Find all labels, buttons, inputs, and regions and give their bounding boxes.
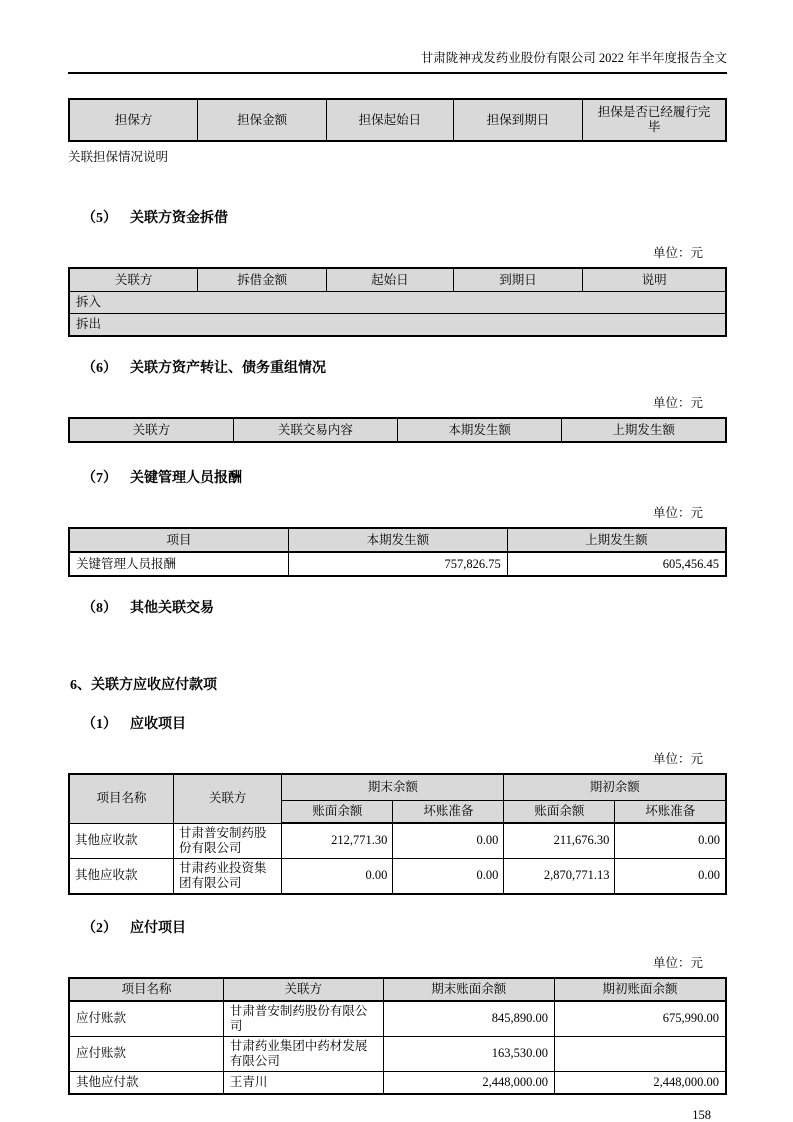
lending-table-header-row: 关联方 拆借金额 起始日 到期日 说明: [69, 268, 726, 292]
receivable-end-bad: 0.00: [393, 858, 504, 894]
compensation-data-row: 关键管理人员报酬 757,826.75 605,456.45: [69, 552, 726, 576]
section-title: 关键管理人员报酬: [130, 471, 242, 486]
payables-header-beginning: 期初账面余额: [555, 978, 727, 1001]
payables-table: 项目名称 关联方 期末账面余额 期初账面余额 应付账款 甘肃普安制药股份有限公司…: [68, 977, 727, 1095]
payable-item: 应付账款: [69, 1036, 223, 1071]
transfer-header-previous: 上期发生额: [562, 418, 726, 442]
payables-header-item: 项目名称: [69, 978, 223, 1001]
unit-label: 单位：元: [68, 395, 727, 411]
section-number: （2）: [82, 921, 117, 936]
section-heading-main-6: 6、关联方应收应付款项: [70, 676, 727, 696]
payable-ending: 845,890.00: [383, 1001, 554, 1037]
receivables-header-item: 项目名称: [69, 774, 173, 823]
receivables-row-2: 其他应收款 甘肃药业投资集团有限公司 0.00 0.00 2,870,771.1…: [69, 858, 726, 894]
receivables-header-beginning-group: 期初余额: [504, 774, 726, 801]
section-heading-7: （7）关键管理人员报酬: [82, 469, 727, 489]
page-number: 158: [68, 1108, 727, 1122]
guarantee-table: 担保方 担保金额 担保起始日 担保到期日 担保是否已经履行完毕: [68, 98, 727, 142]
payable-beginning: 2,448,000.00: [555, 1071, 727, 1094]
guarantee-header-party: 担保方: [69, 99, 198, 141]
guarantee-header-amount: 担保金额: [198, 99, 327, 141]
lending-row-borrow-in: 拆入: [69, 292, 726, 314]
compensation-current-amount: 757,826.75: [288, 552, 507, 576]
transfer-header-content: 关联交易内容: [233, 418, 397, 442]
payables-row-3: 其他应付款 王青川 2,448,000.00 2,448,000.00: [69, 1071, 726, 1094]
payable-ending: 163,530.00: [383, 1036, 554, 1071]
payable-ending: 2,448,000.00: [383, 1071, 554, 1094]
compensation-header-previous: 上期发生额: [507, 528, 726, 552]
receivables-header-beg-bad: 坏账准备: [615, 801, 726, 824]
receivables-header-beg-book: 账面余额: [504, 801, 615, 824]
section-title: 关联方资金拆借: [130, 211, 228, 226]
receivables-header-end-bad: 坏账准备: [393, 801, 504, 824]
transfer-table-header-row: 关联方 关联交易内容 本期发生额 上期发生额: [69, 418, 726, 442]
payables-row-1: 应付账款 甘肃普安制药股份有限公司 845,890.00 675,990.00: [69, 1001, 726, 1037]
section-heading-5: （5）关联方资金拆借: [82, 209, 727, 229]
guarantee-header-end-date: 担保到期日: [453, 99, 582, 141]
section-title: 应付项目: [130, 921, 186, 936]
section-heading-payables: （2）应付项目: [82, 919, 727, 939]
compensation-previous-amount: 605,456.45: [507, 552, 726, 576]
receivables-header-row-groups: 项目名称 关联方 期末余额 期初余额: [69, 774, 726, 801]
asset-transfer-table: 关联方 关联交易内容 本期发生额 上期发生额: [68, 417, 727, 443]
report-header-title: 甘肃陇神戎发药业股份有限公司 2022 年半年度报告全文: [68, 50, 727, 74]
compensation-item: 关键管理人员报酬: [69, 552, 288, 576]
report-page: 甘肃陇神戎发药业股份有限公司 2022 年半年度报告全文 担保方 担保金额 担保…: [68, 50, 727, 1122]
receivable-party: 甘肃普安制药股份有限公司: [173, 823, 281, 858]
payable-beginning: 675,990.00: [555, 1001, 727, 1037]
receivable-beg-book: 2,870,771.13: [504, 858, 615, 894]
payables-header-party: 关联方: [223, 978, 383, 1001]
payables-row-2: 应付账款 甘肃药业集团中药材发展有限公司 163,530.00: [69, 1036, 726, 1071]
payable-party: 王青川: [223, 1071, 383, 1094]
section-number: 6、: [70, 678, 91, 693]
lending-row-lend-out: 拆出: [69, 314, 726, 337]
unit-label: 单位：元: [68, 955, 727, 971]
receivables-row-1: 其他应收款 甘肃普安制药股份有限公司 212,771.30 0.00 211,6…: [69, 823, 726, 858]
receivables-header-ending-group: 期末余额: [282, 774, 504, 801]
receivables-table: 项目名称 关联方 期末余额 期初余额 账面余额 坏账准备 账面余额 坏账准备 其…: [68, 773, 727, 895]
lending-header-note: 说明: [583, 268, 726, 292]
guarantee-note: 关联担保情况说明: [68, 149, 727, 166]
transfer-header-party: 关联方: [69, 418, 233, 442]
unit-label: 单位：元: [68, 245, 727, 261]
receivables-header-party: 关联方: [173, 774, 281, 823]
guarantee-table-header-row: 担保方 担保金额 担保起始日 担保到期日 担保是否已经履行完毕: [69, 99, 726, 141]
compensation-table-header-row: 项目 本期发生额 上期发生额: [69, 528, 726, 552]
lending-row-label: 拆出: [69, 314, 726, 337]
section-heading-6: （6）关联方资产转让、债务重组情况: [82, 359, 727, 379]
section-number: （8）: [82, 601, 117, 616]
receivable-party: 甘肃药业投资集团有限公司: [173, 858, 281, 894]
receivable-item: 其他应收款: [69, 823, 173, 858]
section-title: 其他关联交易: [130, 601, 214, 616]
section-number: （6）: [82, 361, 117, 376]
section-number: （5）: [82, 211, 117, 226]
payables-header-row: 项目名称 关联方 期末账面余额 期初账面余额: [69, 978, 726, 1001]
key-management-compensation-table: 项目 本期发生额 上期发生额 关键管理人员报酬 757,826.75 605,4…: [68, 527, 727, 577]
compensation-header-current: 本期发生额: [288, 528, 507, 552]
receivable-beg-book: 211,676.30: [504, 823, 615, 858]
lending-header-due: 到期日: [453, 268, 582, 292]
unit-label: 单位：元: [68, 505, 727, 521]
fund-lending-table: 关联方 拆借金额 起始日 到期日 说明 拆入 拆出: [68, 267, 727, 337]
payables-header-ending: 期末账面余额: [383, 978, 554, 1001]
lending-header-start: 起始日: [327, 268, 454, 292]
unit-label: 单位：元: [68, 751, 727, 767]
guarantee-header-fulfilled: 担保是否已经履行完毕: [583, 99, 726, 141]
payable-party: 甘肃药业集团中药材发展有限公司: [223, 1036, 383, 1071]
transfer-header-current: 本期发生额: [398, 418, 562, 442]
receivable-end-book: 0.00: [282, 858, 393, 894]
section-number: （1）: [82, 717, 117, 732]
lending-header-party: 关联方: [69, 268, 198, 292]
payable-party: 甘肃普安制药股份有限公司: [223, 1001, 383, 1037]
receivables-header-end-book: 账面余额: [282, 801, 393, 824]
section-number: （7）: [82, 471, 117, 486]
payable-beginning: [555, 1036, 727, 1071]
lending-header-amount: 拆借金额: [198, 268, 327, 292]
receivable-beg-bad: 0.00: [615, 823, 726, 858]
receivable-end-bad: 0.00: [393, 823, 504, 858]
receivable-item: 其他应收款: [69, 858, 173, 894]
compensation-header-item: 项目: [69, 528, 288, 552]
lending-row-label: 拆入: [69, 292, 726, 314]
section-title: 关联方应收应付款项: [91, 678, 217, 693]
receivable-end-book: 212,771.30: [282, 823, 393, 858]
receivable-beg-bad: 0.00: [615, 858, 726, 894]
section-heading-8: （8）其他关联交易: [82, 599, 727, 619]
guarantee-header-start-date: 担保起始日: [327, 99, 454, 141]
section-title: 应收项目: [130, 717, 186, 732]
payable-item: 应付账款: [69, 1001, 223, 1037]
section-title: 关联方资产转让、债务重组情况: [130, 361, 326, 376]
payable-item: 其他应付款: [69, 1071, 223, 1094]
section-heading-receivables: （1）应收项目: [82, 715, 727, 735]
